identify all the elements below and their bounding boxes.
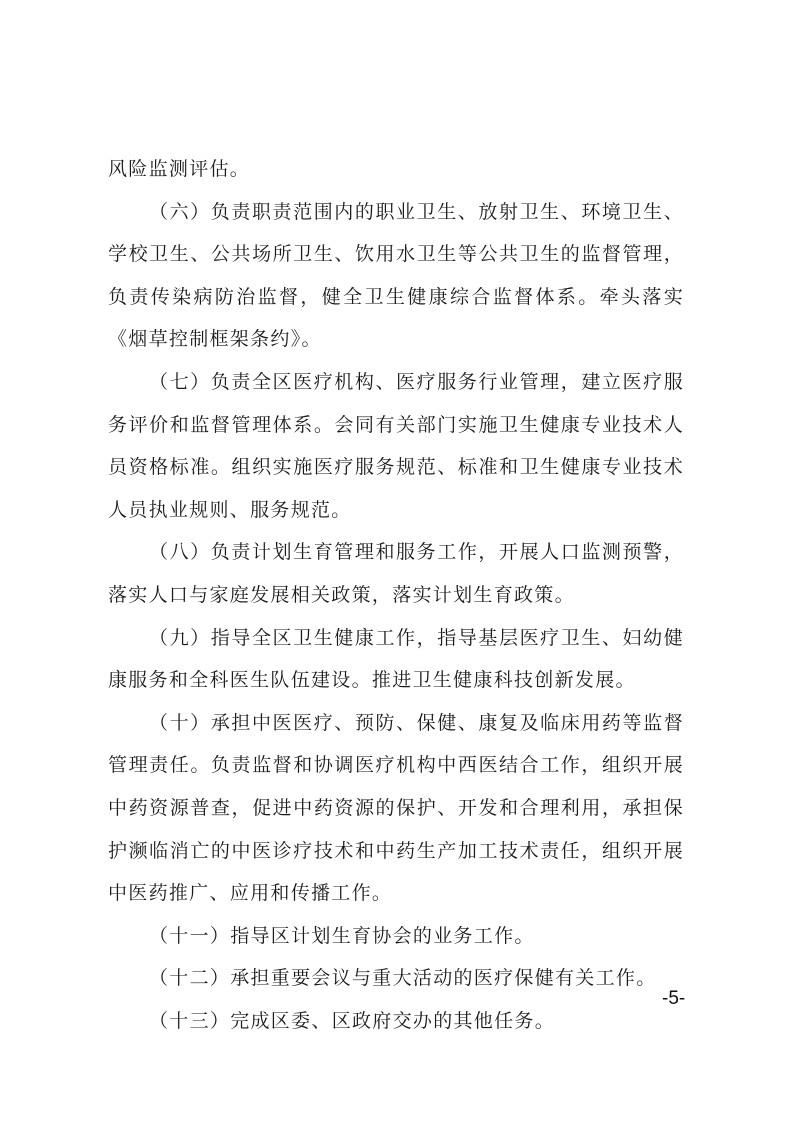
paragraph-continuation: 风险监测评估。 (108, 148, 684, 191)
document-body: 风险监测评估。 （六）负责职责范围内的职业卫生、放射卫生、环境卫生、学校卫生、公… (108, 148, 684, 1042)
paragraph-item-8: （八）负责计划生育管理和服务工作，开展人口监测预警，落实人口与家庭发展相关政策，… (108, 531, 684, 616)
paragraph-item-10: （十）承担中医医疗、预防、保健、康复及临床用药等监督管理责任。负责监督和协调医疗… (108, 702, 684, 915)
paragraph-item-7: （七）负责全区医疗机构、医疗服务行业管理，建立医疗服务评价和监督管理体系。会同有… (108, 361, 684, 531)
paragraph-item-9: （九）指导全区卫生健康工作，指导基层医疗卫生、妇幼健康服务和全科医生队伍建设。推… (108, 617, 684, 702)
document-page: 风险监测评估。 （六）负责职责范围内的职业卫生、放射卫生、环境卫生、学校卫生、公… (0, 0, 793, 1122)
paragraph-item-6: （六）负责职责范围内的职业卫生、放射卫生、环境卫生、学校卫生、公共场所卫生、饮用… (108, 191, 684, 361)
page-number: -5- (662, 988, 685, 1010)
paragraph-item-12: （十二）承担重要会议与重大活动的医疗保健有关工作。 (108, 957, 684, 1000)
paragraph-item-13: （十三）完成区委、区政府交办的其他任务。 (108, 1000, 684, 1043)
paragraph-item-11: （十一）指导区计划生育协会的业务工作。 (108, 915, 684, 958)
